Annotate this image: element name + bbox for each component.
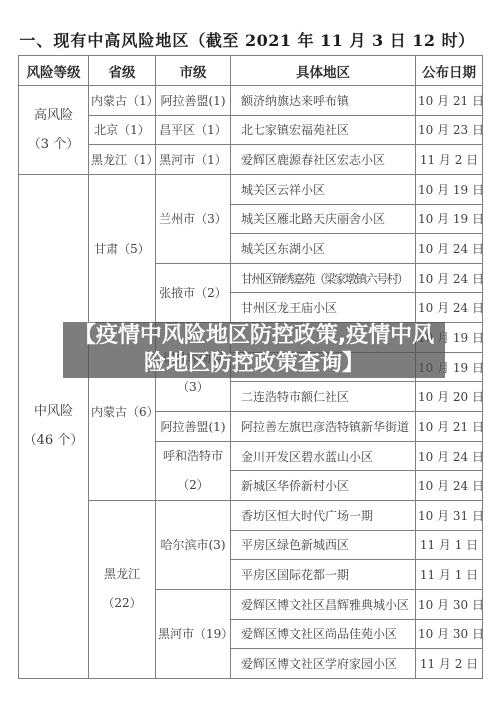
column-header-risk-level: 风险等级 [19, 56, 89, 86]
watermark-overlay: 【疫情中风险地区防控政策,疫情中风 险地区防控政策查询】 [63, 322, 445, 378]
area-cell: 金川开发区碧水蓝山小区 [231, 441, 416, 471]
date-cell: 10 月 24 日 [416, 293, 483, 323]
city-cell: 哈尔滨市(3) [156, 500, 231, 589]
column-header-date: 公布日期 [416, 56, 483, 86]
page-title-date-range: （截至 2021 年 11 月 3 日 12 时） [189, 31, 474, 50]
date-cell: 10 月 31 日 [416, 500, 483, 530]
table-row: 黑龙江 （22） 哈尔滨市(3) 香坊区恒大时代广场一期 10 月 31 日 [19, 500, 483, 530]
province-cell: 内蒙古（1） [89, 86, 156, 116]
area-cell: 城关区雁北路天庆丽舍小区 [231, 204, 416, 234]
date-cell: 11 月 2 日 [416, 649, 483, 679]
area-cell: 北七家镇宏福苑社区 [231, 115, 416, 145]
table-row: 高风险 （3 个） 内蒙古（1） 阿拉善盟(1) 额济纳旗达来呼布镇 10 月 … [19, 86, 483, 116]
city-name: 呼和浩特市 [158, 442, 228, 471]
date-cell: 10 月 30 日 [416, 619, 483, 649]
date-cell: 10 月 24 日 [416, 234, 483, 264]
area-cell: 平房区国际花都一期 [231, 560, 416, 590]
page: 一、现有中高风险地区（截至 2021 年 11 月 3 日 12 时） 风险等级… [0, 0, 500, 706]
date-cell: 10 月 19 日 [416, 204, 483, 234]
city-cell: 阿拉善盟(1) [156, 86, 231, 116]
date-cell: 10 月 24 日 [416, 263, 483, 293]
area-cell: 城关区东湖小区 [231, 234, 416, 264]
date-cell: 10 月 23 日 [416, 115, 483, 145]
area-cell: 甘州区锦绣嘉苑（梁家墩镇六号村） [231, 263, 416, 293]
date-cell: 10 月 19 日 [416, 174, 483, 204]
province-count: （22） [91, 589, 153, 618]
date-cell: 10 月 30 日 [416, 589, 483, 619]
area-cell: 香坊区恒大时代广场一期 [231, 500, 416, 530]
area-cell: 二连浩特市额仁社区 [231, 382, 416, 412]
risk-level-count: （46 个） [21, 426, 86, 455]
watermark-line-2: 险地区防控政策查询】 [63, 350, 445, 378]
city-cell: 张掖市（2） [156, 263, 231, 322]
city-cell: 阿拉善盟(1) [156, 412, 231, 442]
province-cell: 甘肃（5） [89, 174, 156, 322]
province-cell: 黑龙江 （22） [89, 500, 156, 678]
column-header-city: 市级 [156, 56, 231, 86]
area-cell: 甘州区龙王庙小区 [231, 293, 416, 323]
watermark-line-1: 【疫情中风险地区防控政策,疫情中风 [63, 322, 445, 350]
area-cell: 新城区华侨新村小区 [231, 471, 416, 501]
risk-level-label: 中风险 [21, 397, 86, 426]
date-cell: 11 月 2 日 [416, 145, 483, 175]
date-cell: 10 月 24 日 [416, 441, 483, 471]
city-count: （2） [158, 471, 228, 500]
date-cell: 10 月 21 日 [416, 412, 483, 442]
date-cell: 10 月 21 日 [416, 86, 483, 116]
risk-level-count: （3 个） [21, 130, 86, 159]
area-cell: 城关区云祥小区 [231, 174, 416, 204]
date-cell: 10 月 24 日 [416, 471, 483, 501]
city-cell: 黑河市（19） [156, 589, 231, 678]
column-header-province: 省级 [89, 56, 156, 86]
area-cell: 爱辉区博文社区尚品佳苑小区 [231, 619, 416, 649]
city-cell: 兰州市（3） [156, 174, 231, 263]
page-title-main: 一、现有中高风险地区 [19, 31, 189, 50]
date-cell: 11 月 1 日 [416, 530, 483, 560]
area-cell: 阿拉善左旗巴彦浩特镇新华街道 [231, 412, 416, 442]
city-cell: 昌平区（1） [156, 115, 231, 145]
page-title: 一、现有中高风险地区（截至 2021 年 11 月 3 日 12 时） [0, 28, 494, 51]
province-name: 黑龙江 [91, 560, 153, 589]
province-cell: 黑龙江（1） [89, 145, 156, 175]
column-header-area: 具体地区 [231, 56, 416, 86]
city-cell: 呼和浩特市 （2） [156, 441, 231, 500]
area-cell: 平房区绿色新城西区 [231, 530, 416, 560]
table-row: 北京（1） 昌平区（1） 北七家镇宏福苑社区 10 月 23 日 [19, 115, 483, 145]
table-row: 黑龙江（1） 黑河市（1） 爱辉区鹿源春社区宏志小区 11 月 2 日 [19, 145, 483, 175]
date-cell: 11 月 1 日 [416, 560, 483, 590]
risk-level-cell: 高风险 （3 个） [19, 86, 89, 175]
table-row: 中风险 （46 个） 甘肃（5） 兰州市（3） 城关区云祥小区 10 月 19 … [19, 174, 483, 204]
table-header-row: 风险等级 省级 市级 具体地区 公布日期 [19, 56, 483, 86]
area-cell: 额济纳旗达来呼布镇 [231, 86, 416, 116]
city-cell: 黑河市（1） [156, 145, 231, 175]
date-cell: 10 月 20 日 [416, 382, 483, 412]
risk-level-label: 高风险 [21, 101, 86, 130]
area-cell: 爱辉区博文社区学府家园小区 [231, 649, 416, 679]
area-cell: 爱辉区博文社区昌辉雅典城小区 [231, 589, 416, 619]
area-cell: 爱辉区鹿源春社区宏志小区 [231, 145, 416, 175]
risk-level-cell: 中风险 （46 个） [19, 174, 89, 678]
province-cell: 北京（1） [89, 115, 156, 145]
